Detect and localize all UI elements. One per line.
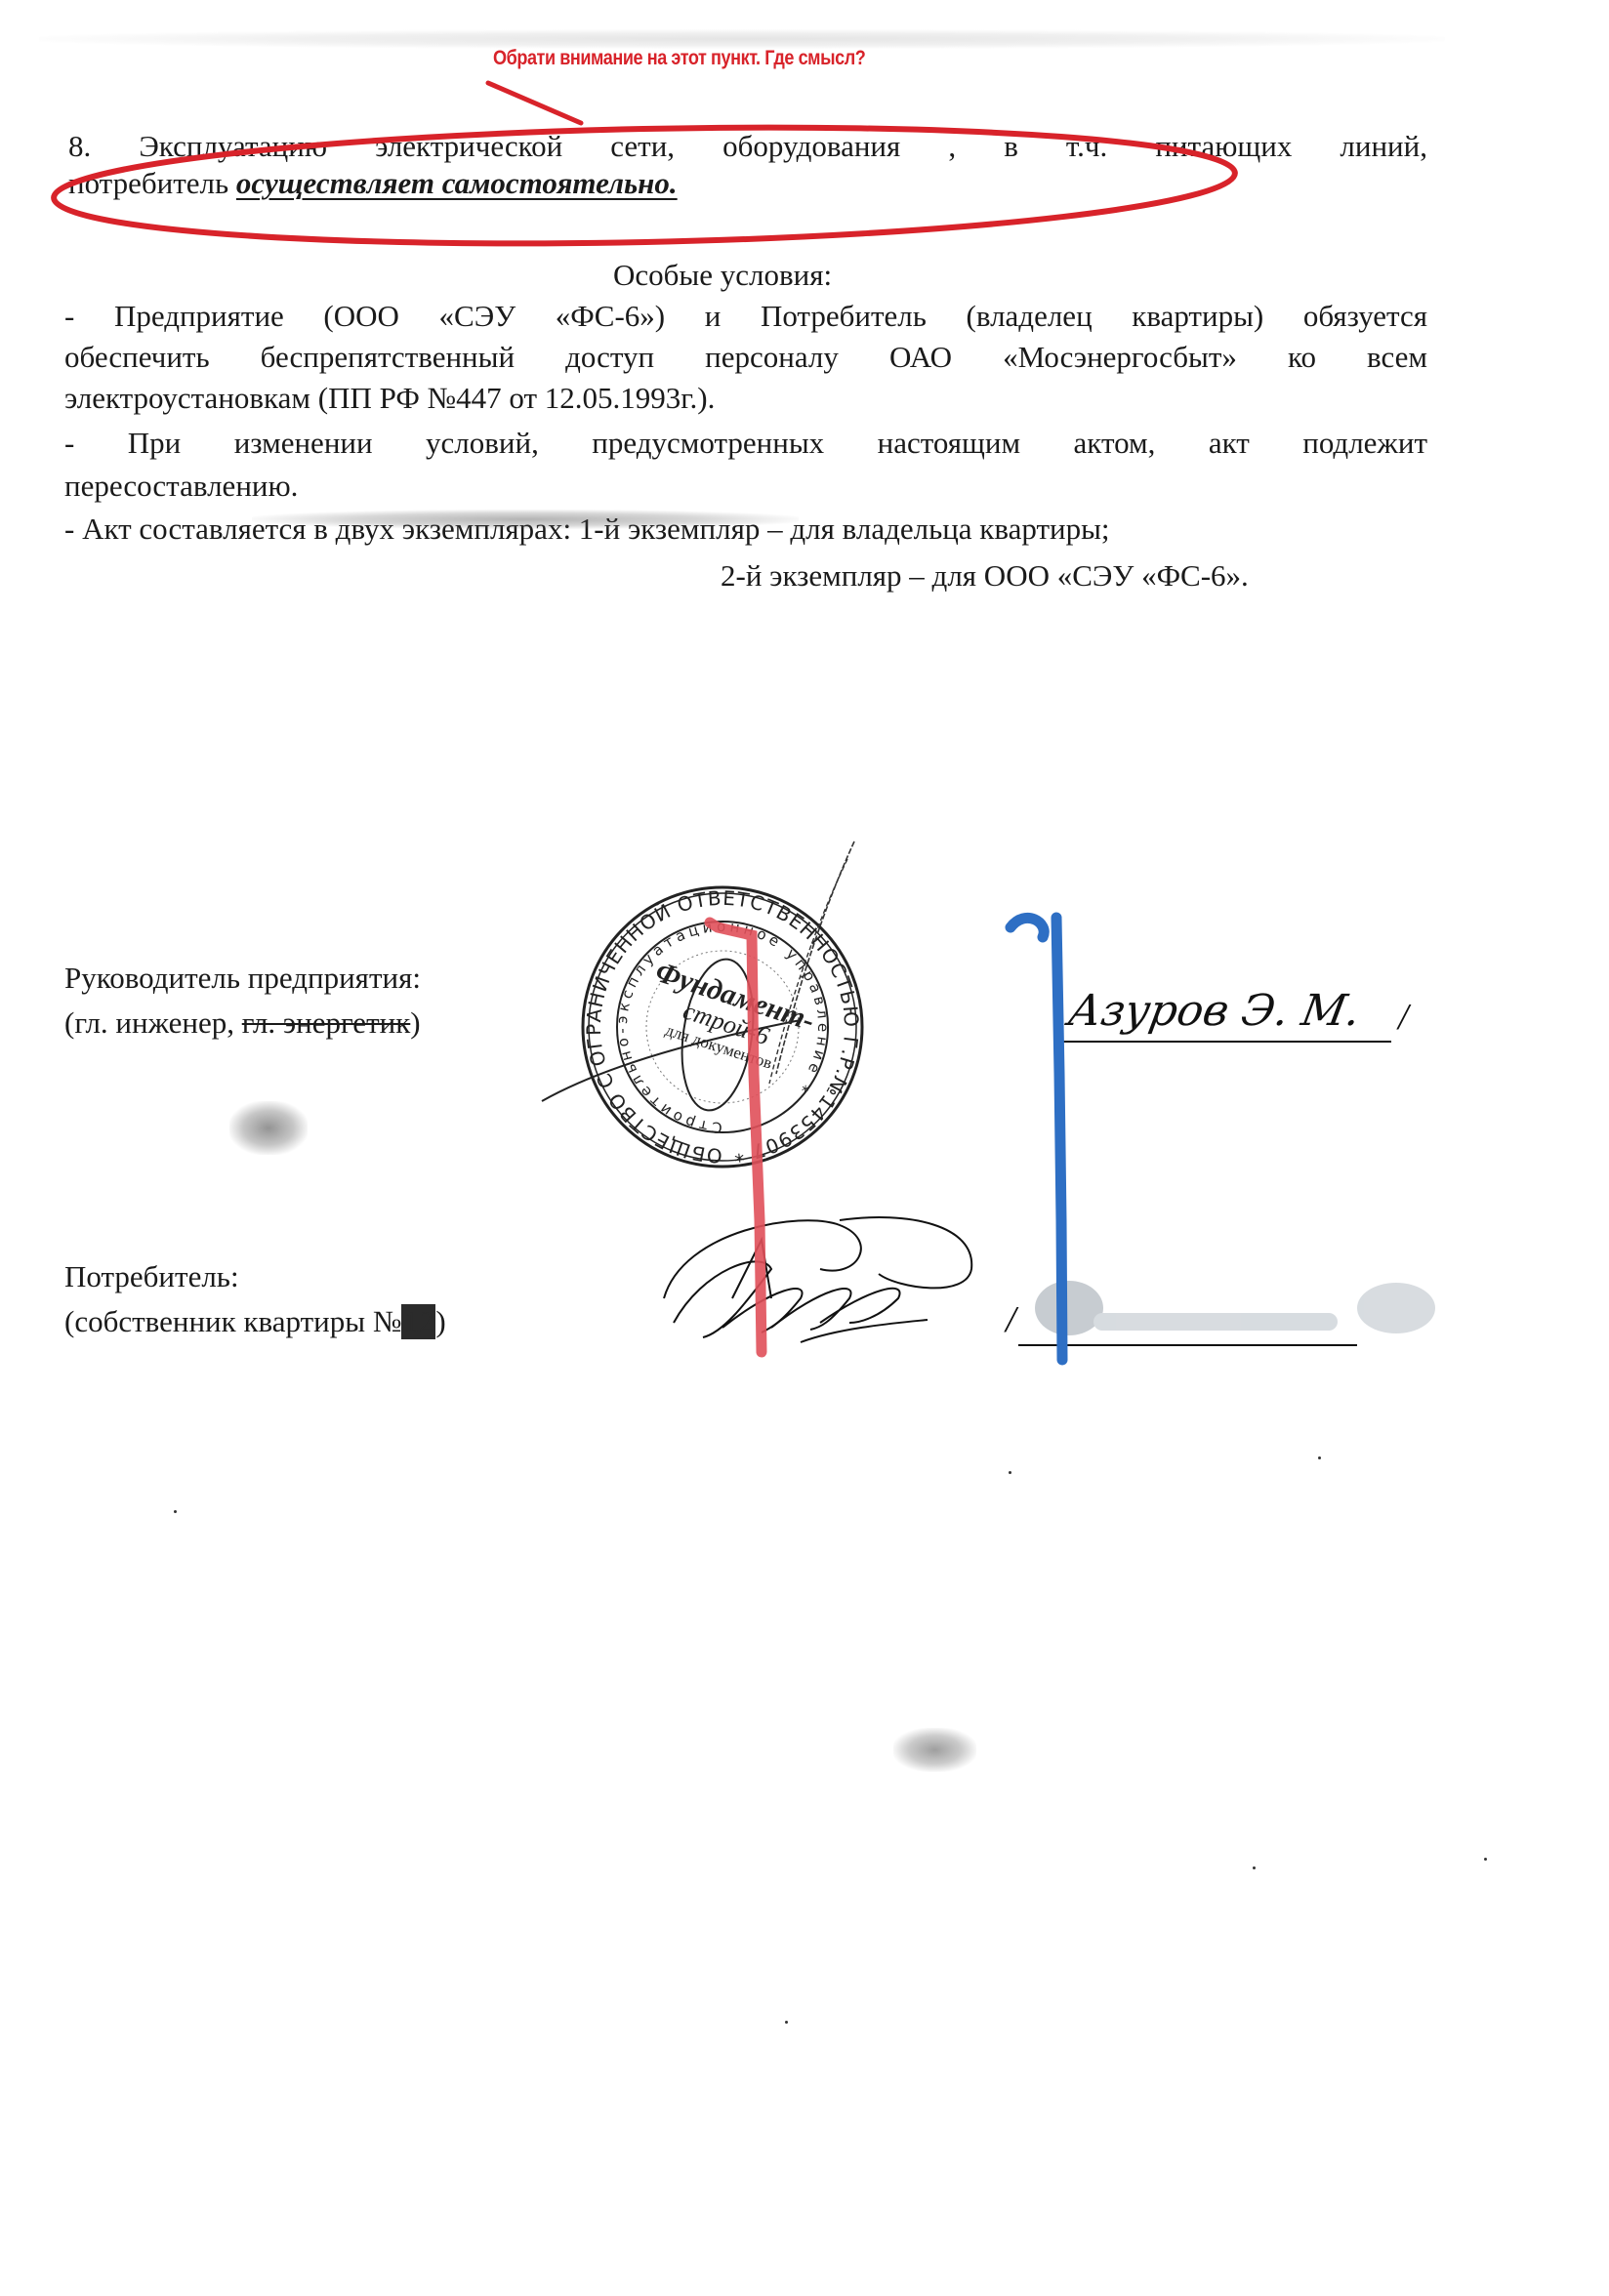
speck: [785, 2021, 788, 2024]
speck: [1318, 1456, 1321, 1459]
speck: [174, 1510, 177, 1513]
scan-smudge-bottom: [893, 1728, 976, 1772]
stamp-inner-text: Строительно-эксплуатационное управление …: [613, 918, 832, 1136]
annotation-arrow: [488, 83, 581, 123]
speck: [1009, 1471, 1011, 1474]
consumer-signature: [664, 1217, 971, 1342]
stamp-outer-text: ОБЩЕСТВО С ОГРАНИЧЕННОЙ ОТВЕТСТВЕННОСТЬЮ…: [0, 0, 863, 1168]
red-marker-line: [710, 922, 762, 1352]
scan-smudge-mid: [229, 1101, 308, 1155]
speck: [1253, 1866, 1256, 1869]
speck: [1484, 1858, 1487, 1861]
scan-smudge-top: [39, 29, 1445, 49]
annotation-ellipse: [53, 116, 1236, 254]
scan-smudge-line6: [252, 510, 799, 529]
consumer-name-blurred: [1035, 1281, 1435, 1335]
